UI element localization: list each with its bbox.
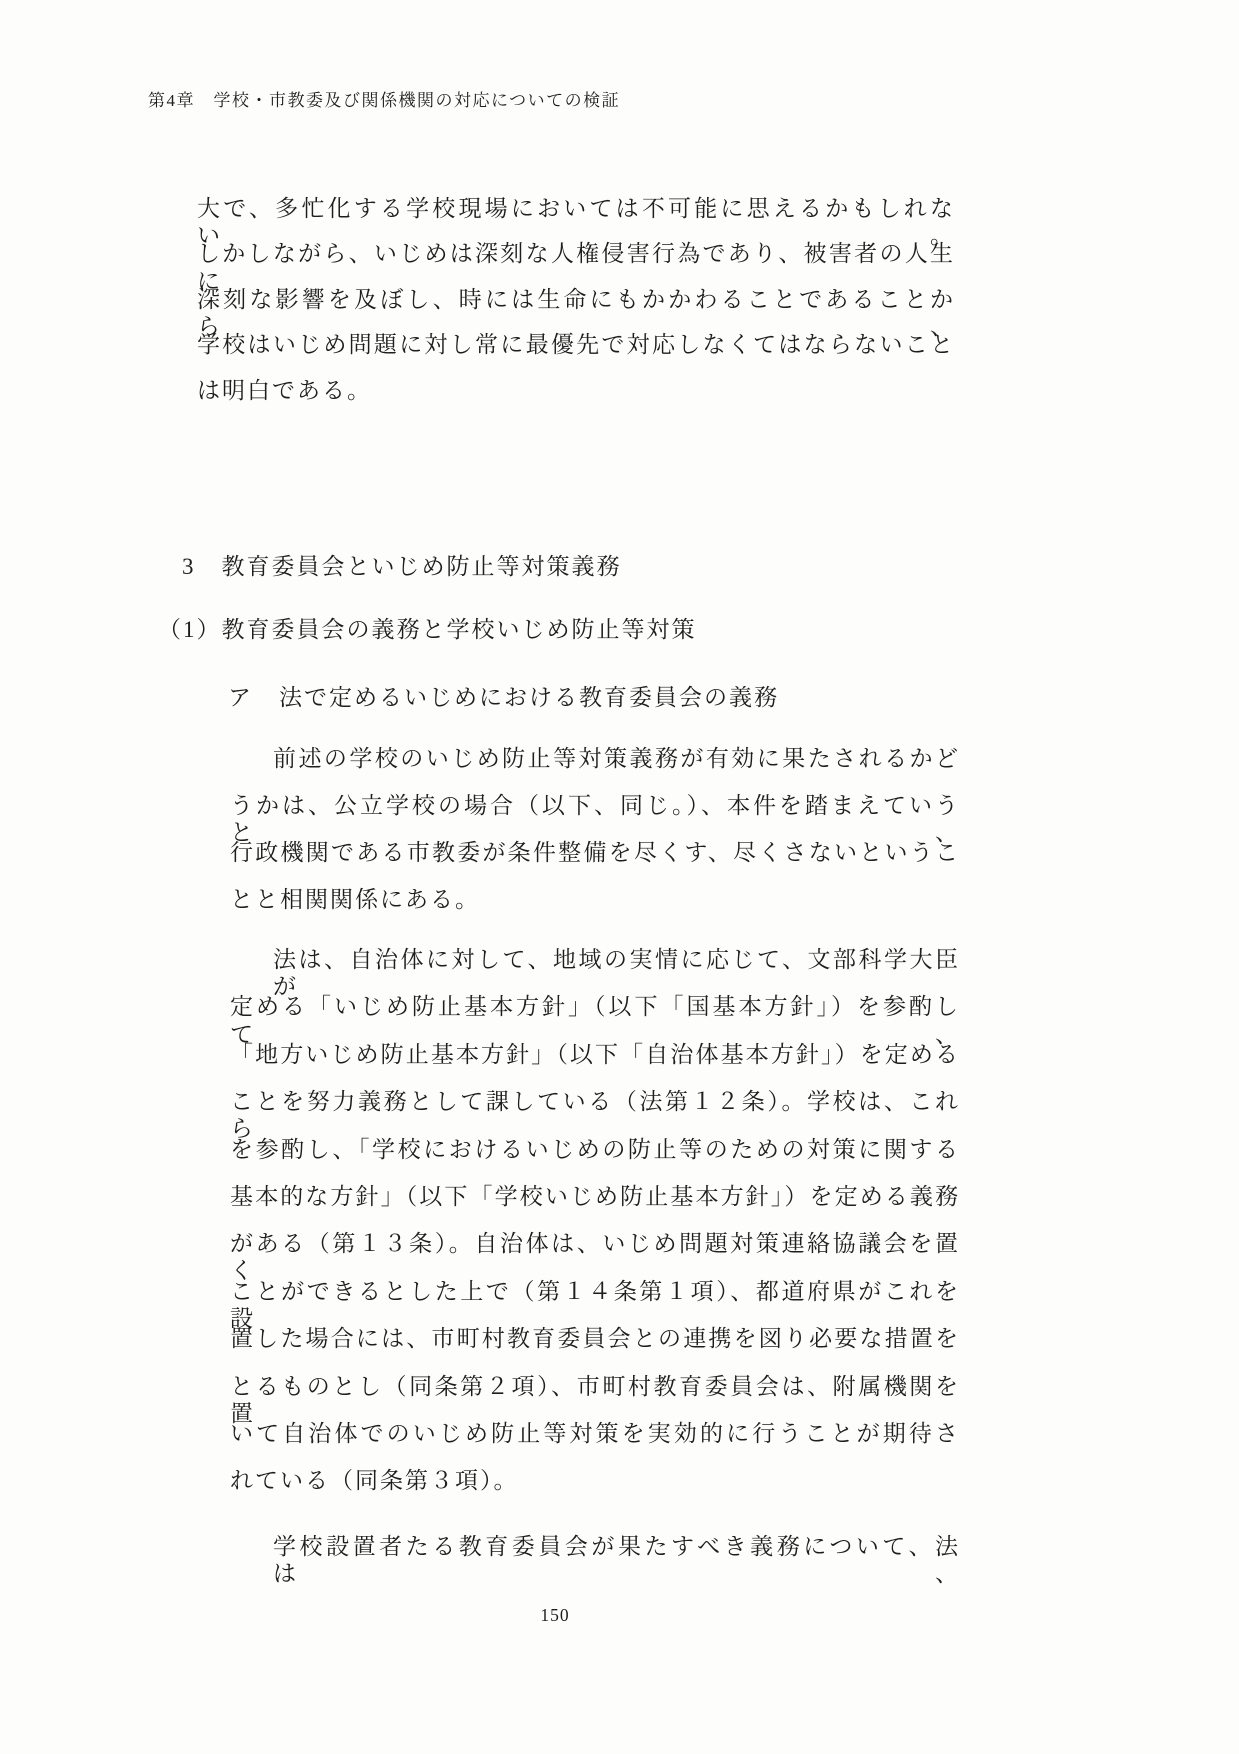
document-page: 第4章 学校・市教委及び関係機関の対応についての検証 大で、多忙化する学校現場に…	[0, 0, 1239, 1754]
text-line: 基本的な方針」（以下「学校いじめ防止基本方針」）を定める義務	[230, 1183, 960, 1230]
text-line: いて自治体でのいじめ防止等対策を実効的に行うことが期待さ	[230, 1420, 960, 1467]
text-line: 置した場合には、市町村教育委員会との連携を図り必要な措置を	[230, 1325, 960, 1372]
text-line: は明白である。	[197, 377, 955, 422]
text-line: れている（同条第３項）。	[230, 1467, 960, 1514]
body-paragraph-4: 学校設置者たる教育委員会が果たすべき義務について、法は、	[230, 1533, 960, 1587]
text-line: 定める「いじめ防止基本方針」（以下「国基本方針」）を参酌して、	[230, 993, 960, 1040]
section-number: 3	[182, 554, 196, 579]
text-line: 「地方いじめ防止基本方針」（以下「自治体基本方針」）を定める	[230, 1041, 960, 1088]
text-line: とと相関関係にある。	[230, 886, 960, 933]
page-number: 150	[230, 1605, 880, 1626]
text-line: 学校はいじめ問題に対し常に最優先で対応しなくてはならないこと	[197, 331, 955, 376]
text-line: を参酌し、「学校におけるいじめの防止等のための対策に関する	[230, 1136, 960, 1183]
subsection-title: （1）教育委員会の義務と学校いじめ防止等対策	[158, 617, 697, 642]
chapter-header: 第4章 学校・市教委及び関係機関の対応についての検証	[148, 86, 620, 111]
text-line: ことを努力義務として課している（法第１２条）。学校は、これら	[230, 1088, 960, 1135]
body-paragraph-2: 前述の学校のいじめ防止等対策義務が有効に果たされるかど うかは、公立学校の場合（…	[230, 745, 960, 933]
subsection-heading-1: （1）教育委員会の義務と学校いじめ防止等対策	[158, 611, 697, 644]
text-line: 行政機関である市教委が条件整備を尽くす、尽くさないというこ	[230, 839, 960, 886]
text-line: 深刻な影響を及ぼし、時には生命にもかかわることであることから、	[197, 286, 955, 331]
text-line: 前述の学校のいじめ防止等対策義務が有効に果たされるかど	[230, 745, 960, 792]
body-paragraph-1: 大で、多忙化する学校現場においては不可能に思えるかもしれない。 しかしながら、い…	[197, 195, 955, 422]
text-line: ことができるとした上で（第１４条第１項）、都道府県がこれを設	[230, 1278, 960, 1325]
text-line: 大で、多忙化する学校現場においては不可能に思えるかもしれない。	[197, 195, 955, 240]
subsection-heading-a: ア法で定めるいじめにおける教育委員会の義務	[228, 679, 779, 712]
text-line: 法は、自治体に対して、地域の実情に応じて、文部科学大臣が	[230, 946, 960, 993]
item-title: 法で定めるいじめにおける教育委員会の義務	[279, 685, 779, 710]
text-line: がある（第１３条）。自治体は、いじめ問題対策連絡協議会を置く	[230, 1230, 960, 1277]
item-label: ア	[228, 685, 253, 710]
section-title: 教育委員会といじめ防止等対策義務	[222, 554, 622, 579]
text-line: 学校設置者たる教育委員会が果たすべき義務について、法は、	[230, 1533, 960, 1587]
body-paragraph-3: 法は、自治体に対して、地域の実情に応じて、文部科学大臣が 定める「いじめ防止基本…	[230, 946, 960, 1515]
section-heading-3: 3教育委員会といじめ防止等対策義務	[182, 548, 622, 581]
text-line: とるものとし（同条第２項）、市町村教育委員会は、附属機関を置	[230, 1373, 960, 1420]
text-line: しかしながら、いじめは深刻な人権侵害行為であり、被害者の人生に	[197, 240, 955, 285]
text-line: うかは、公立学校の場合（以下、同じ。）、本件を踏まえていうと、	[230, 792, 960, 839]
